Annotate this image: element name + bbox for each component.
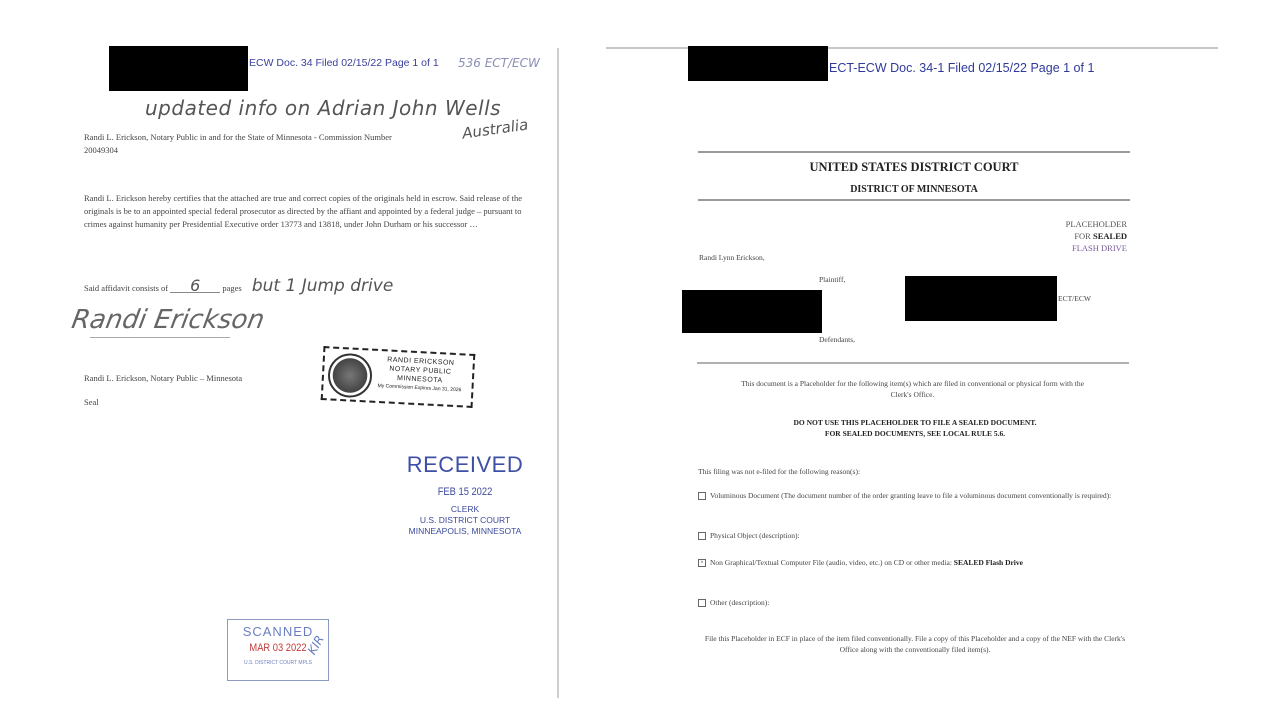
redaction-block (688, 46, 828, 81)
placeholder-sealed: SEALED (1093, 231, 1127, 241)
plaintiff-label: Plaintiff, (819, 274, 845, 285)
reason-computer-file-text: Non Graphical/Textual Computer File (aud… (710, 558, 952, 567)
signer-line: Randi L. Erickson, Notary Public – Minne… (84, 372, 242, 385)
signature: Randi Erickson (69, 305, 266, 335)
received-court: U.S. DISTRICT COURT (390, 515, 540, 526)
warning-line1: DO NOT USE THIS PLACEHOLDER TO FILE A SE… (700, 417, 1130, 428)
placeholder-for: FOR (1074, 231, 1091, 241)
left-header-handwritten: 536 ECT/ECW (458, 56, 540, 70)
checkbox-voluminous[interactable] (698, 492, 706, 500)
district-rule (698, 199, 1130, 201)
reason-voluminous: Voluminous Document (The document number… (698, 490, 1118, 501)
affidavit-count: 6 (170, 279, 220, 293)
reason-physical-object-text: Physical Object (description): (710, 531, 800, 540)
seal-label: Seal (84, 396, 99, 409)
page-divider (557, 48, 559, 698)
received-title: RECEIVED (390, 452, 540, 478)
defendants-label: Defendants, (819, 334, 855, 345)
checkbox-other[interactable] (698, 599, 706, 607)
certification-paragraph: Randi L. Erickson hereby certifies that … (84, 192, 524, 231)
plaintiff-name: Randi Lynn Erickson, (699, 252, 765, 263)
affidavit-suffix: pages (222, 283, 241, 293)
notary-seal-icon (327, 352, 373, 398)
notary-stamp: RANDI ERICKSON NOTARY PUBLIC MINNESOTA M… (321, 346, 476, 408)
warning-line2: FOR SEALED DOCUMENTS, SEE LOCAL RULE 5.6… (700, 428, 1130, 439)
received-city: MINNEAPOLIS, MINNESOTA (390, 526, 540, 537)
reason-computer-file: ×Non Graphical/Textual Computer File (au… (698, 557, 1118, 568)
intro-paragraph: This document is a Placeholder for the f… (740, 378, 1085, 400)
handwritten-note: updated info on Adrian John Wells (145, 96, 501, 120)
commission-number: 20049304 (84, 144, 118, 157)
reason-other-text: Other (description): (710, 598, 769, 607)
placeholder-label: PLACEHOLDER FOR SEALED FLASH DRIVE (1000, 218, 1127, 254)
reason-computer-file-sealed: SEALED Flash Drive (954, 558, 1023, 567)
redaction-block (109, 46, 248, 91)
redaction-block (682, 290, 822, 333)
top-rule (698, 151, 1130, 153)
affidavit-line: Said affidavit consists of 6 pages but 1… (84, 279, 393, 295)
checkbox-physical-object[interactable] (698, 532, 706, 540)
right-header-stamp: ECT-ECW Doc. 34-1 Filed 02/15/22 Page 1 … (829, 61, 1094, 75)
footer-paragraph: File this Placeholder in ECF in place of… (700, 633, 1130, 655)
scanned-stamp: SCANNED MAR 03 2022 U.S. DISTRICT COURT … (227, 619, 329, 681)
affidavit-handwritten-extra: but 1 Jump drive (252, 276, 393, 296)
signature-line (90, 337, 230, 338)
court-title: UNITED STATES DISTRICT COURT (698, 160, 1130, 175)
left-header-stamp: ECW Doc. 34 Filed 02/15/22 Page 1 of 1 (249, 57, 439, 69)
scanned-footer: U.S. DISTRICT COURT MPLS (228, 660, 328, 666)
received-stamp: RECEIVED FEB 15 2022 CLERK U.S. DISTRICT… (390, 452, 540, 537)
checkbox-computer-file-checked[interactable]: × (698, 559, 706, 567)
placeholder-line1: PLACEHOLDER (1000, 218, 1127, 230)
case-suffix: ECT/ECW (1058, 293, 1091, 304)
notary-line: Randi L. Erickson, Notary Public in and … (84, 131, 484, 144)
received-date: FEB 15 2022 (401, 486, 529, 498)
reason-voluminous-text: Voluminous Document (The document number… (710, 491, 1111, 500)
reasons-intro: This filing was not e-filed for the foll… (698, 466, 860, 477)
placeholder-flash-drive: FLASH DRIVE (1000, 242, 1127, 254)
district-title: DISTRICT OF MINNESOTA (698, 184, 1130, 195)
redaction-block (905, 276, 1057, 321)
affidavit-prefix: Said affidavit consists of (84, 283, 168, 293)
reason-other: Other (description): (698, 597, 1118, 608)
reason-physical-object: Physical Object (description): (698, 530, 1118, 541)
received-clerk: CLERK (390, 504, 540, 515)
caption-rule (697, 362, 1129, 364)
